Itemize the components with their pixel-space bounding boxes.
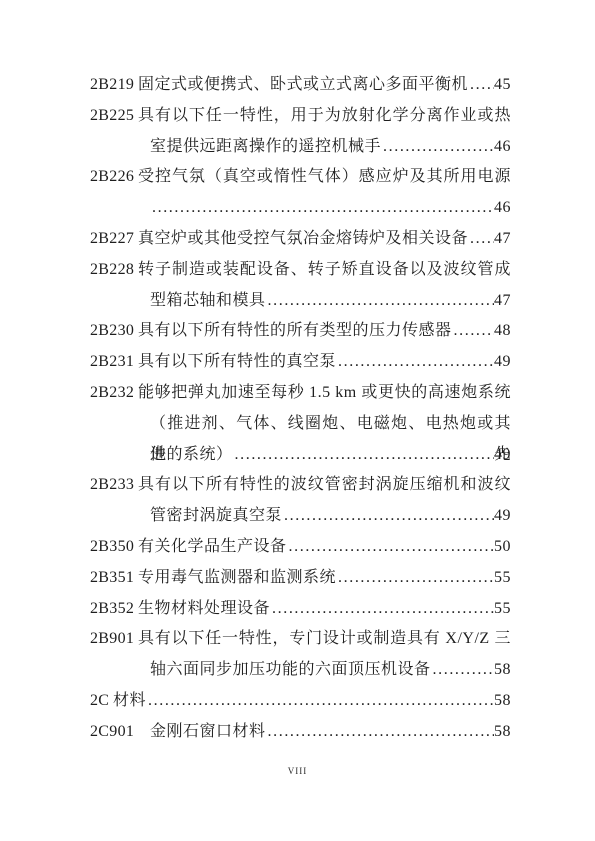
toc-entry-line: 2C 材料 58 (90, 686, 511, 717)
toc-entry-line: 2C901 金刚石窗口材料 58 (90, 717, 511, 748)
toc-entry-code: 2B226 (90, 162, 134, 193)
toc-entry-line: 2B901 具有以下任一特性，专门设计或制造具有 X/Y/Z 三 (90, 624, 511, 655)
toc-entry-title: 轴六面同步加压功能的六面顶压机设备 (150, 655, 431, 686)
toc-entry-line: 2B350 有关化学品生产设备 50 (90, 532, 511, 563)
toc-entry-line: 室提供远距离操作的遥控机械手 46 (90, 132, 511, 163)
document-page: 2B219 固定式或便携式、卧式或立式离心多面平衡机 45 2B225 具有以下… (0, 0, 595, 841)
toc-entry-line: 2B219 固定式或便携式、卧式或立式离心多面平衡机 45 (90, 70, 511, 101)
toc-entry-code: 2B351 (90, 563, 134, 594)
toc-entry-title: 材料 (113, 686, 146, 717)
dot-leader (383, 132, 494, 163)
toc-entry-line: 进的系统） 49 (90, 440, 511, 471)
toc-page-number: 55 (494, 594, 511, 625)
dot-leader (289, 532, 494, 563)
toc-entry-code: 2C (90, 686, 109, 717)
toc-page-number: 58 (494, 686, 511, 717)
dot-leader (284, 501, 494, 532)
toc-entry-line: 管密封涡旋真空泵 49 (90, 501, 511, 532)
toc-entry-code: 2B228 (90, 255, 134, 286)
dot-leader (152, 193, 494, 224)
toc-entry-code: 2B231 (90, 347, 134, 378)
toc-entry-title: 型箱芯轴和模具 (150, 286, 266, 317)
toc-entry-title: 具有以下所有特性的所有类型的压力传感器 (138, 316, 452, 347)
toc-entry-title: 能够把弹丸加速至每秒 1.5 km 或更快的高速炮系统 (138, 384, 511, 401)
toc-page-number: 47 (494, 286, 511, 317)
toc-entry-title: 固定式或便携式、卧式或立式离心多面平衡机 (138, 70, 468, 101)
dot-leader (148, 686, 494, 717)
toc-page-number: 49 (494, 347, 511, 378)
dot-leader (433, 655, 494, 686)
toc-entry-line: 2B228 转子制造或装配设备、转子矫直设备以及波纹管成 (90, 255, 511, 286)
dot-leader (470, 70, 494, 101)
toc-entry-line: 2B230 具有以下所有特性的所有类型的压力传感器 48 (90, 316, 511, 347)
toc-entry-title: 转子制造或装配设备、转子矫直设备以及波纹管成 (138, 261, 511, 278)
dot-leader (470, 224, 494, 255)
toc-page-number: 46 (494, 193, 511, 224)
dot-leader (272, 594, 494, 625)
toc-entry-title: 具有以下任一特性，专门设计或制造具有 X/Y/Z 三 (138, 630, 511, 647)
dot-leader (454, 316, 494, 347)
toc-page-number: 49 (494, 501, 511, 532)
toc-entry-code: 2B225 (90, 101, 134, 132)
toc-entry-title: 生物材料处理设备 (138, 594, 270, 625)
toc-page-number: 47 (494, 224, 511, 255)
dot-leader (235, 440, 494, 471)
toc-entry-code: 2B230 (90, 316, 134, 347)
toc-page-number: 45 (494, 70, 511, 101)
toc-entry-title: 室提供远距离操作的遥控机械手 (150, 132, 381, 163)
toc-entry-code: 2B350 (90, 532, 134, 563)
toc-page-number: 49 (494, 440, 511, 471)
toc-page-number: 46 (494, 132, 511, 163)
toc-list: 2B219 固定式或便携式、卧式或立式离心多面平衡机 45 2B225 具有以下… (90, 70, 511, 748)
toc-entry-line: 2B225 具有以下任一特性，用于为放射化学分离作业或热 (90, 101, 511, 132)
toc-entry-line: 型箱芯轴和模具 47 (90, 286, 511, 317)
toc-entry-line: 2B227 真空炉或其他受控气氛冶金熔铸炉及相关设备 47 (90, 224, 511, 255)
toc-entry-code: 2B901 (90, 624, 134, 655)
dot-leader (268, 286, 494, 317)
toc-entry-code: 2B227 (90, 224, 134, 255)
toc-entry-code: 2B233 (90, 470, 134, 501)
toc-entry-title: 有关化学品生产设备 (138, 532, 287, 563)
toc-entry-title: 具有以下任一特性，用于为放射化学分离作业或热 (138, 107, 511, 124)
toc-entry-line: （推进剂、气体、线圈炮、电磁炮、电热炮或其他先 (90, 409, 511, 440)
toc-page-number: 55 (494, 563, 511, 594)
toc-entry-code: 2C901 (90, 717, 134, 748)
toc-entry-code: 2B219 (90, 70, 134, 101)
toc-entry-line: 46 (90, 193, 511, 224)
toc-page-number: 58 (494, 717, 511, 748)
toc-entry-code: 2B232 (90, 378, 134, 409)
toc-page-number: 50 (494, 532, 511, 563)
toc-entry-title: 具有以下所有特性的真空泵 (138, 347, 336, 378)
toc-entry-line: 2B232 能够把弹丸加速至每秒 1.5 km 或更快的高速炮系统 (90, 378, 511, 409)
toc-entry-line: 2B351 专用毒气监测器和监测系统 55 (90, 563, 511, 594)
toc-entry-line: 轴六面同步加压功能的六面顶压机设备 58 (90, 655, 511, 686)
toc-page-number: 58 (494, 655, 511, 686)
toc-entry-code: 2B352 (90, 594, 134, 625)
toc-entry-line: 2B352 生物材料处理设备 55 (90, 594, 511, 625)
toc-entry-title: 专用毒气监测器和监测系统 (138, 563, 336, 594)
dot-leader (338, 563, 494, 594)
toc-entry-line: 2B231 具有以下所有特性的真空泵 49 (90, 347, 511, 378)
toc-entry-title: 具有以下所有特性的波纹管密封涡旋压缩机和波纹 (138, 476, 511, 493)
dot-leader (268, 717, 494, 748)
toc-entry-title: 进的系统） (150, 440, 233, 471)
toc-entry-title: 真空炉或其他受控气氛冶金熔铸炉及相关设备 (138, 224, 468, 255)
toc-entry-title: 受控气氛（真空或惰性气体）感应炉及其所用电源 (138, 168, 511, 185)
toc-entry-title: 金刚石窗口材料 (150, 717, 266, 748)
footer-page-number: VIII (0, 765, 595, 778)
toc-entry-line: 2B233 具有以下所有特性的波纹管密封涡旋压缩机和波纹 (90, 470, 511, 501)
toc-entry-title: 管密封涡旋真空泵 (150, 501, 282, 532)
dot-leader (338, 347, 494, 378)
toc-entry-line: 2B226 受控气氛（真空或惰性气体）感应炉及其所用电源 (90, 162, 511, 193)
toc-page-number: 48 (494, 316, 511, 347)
